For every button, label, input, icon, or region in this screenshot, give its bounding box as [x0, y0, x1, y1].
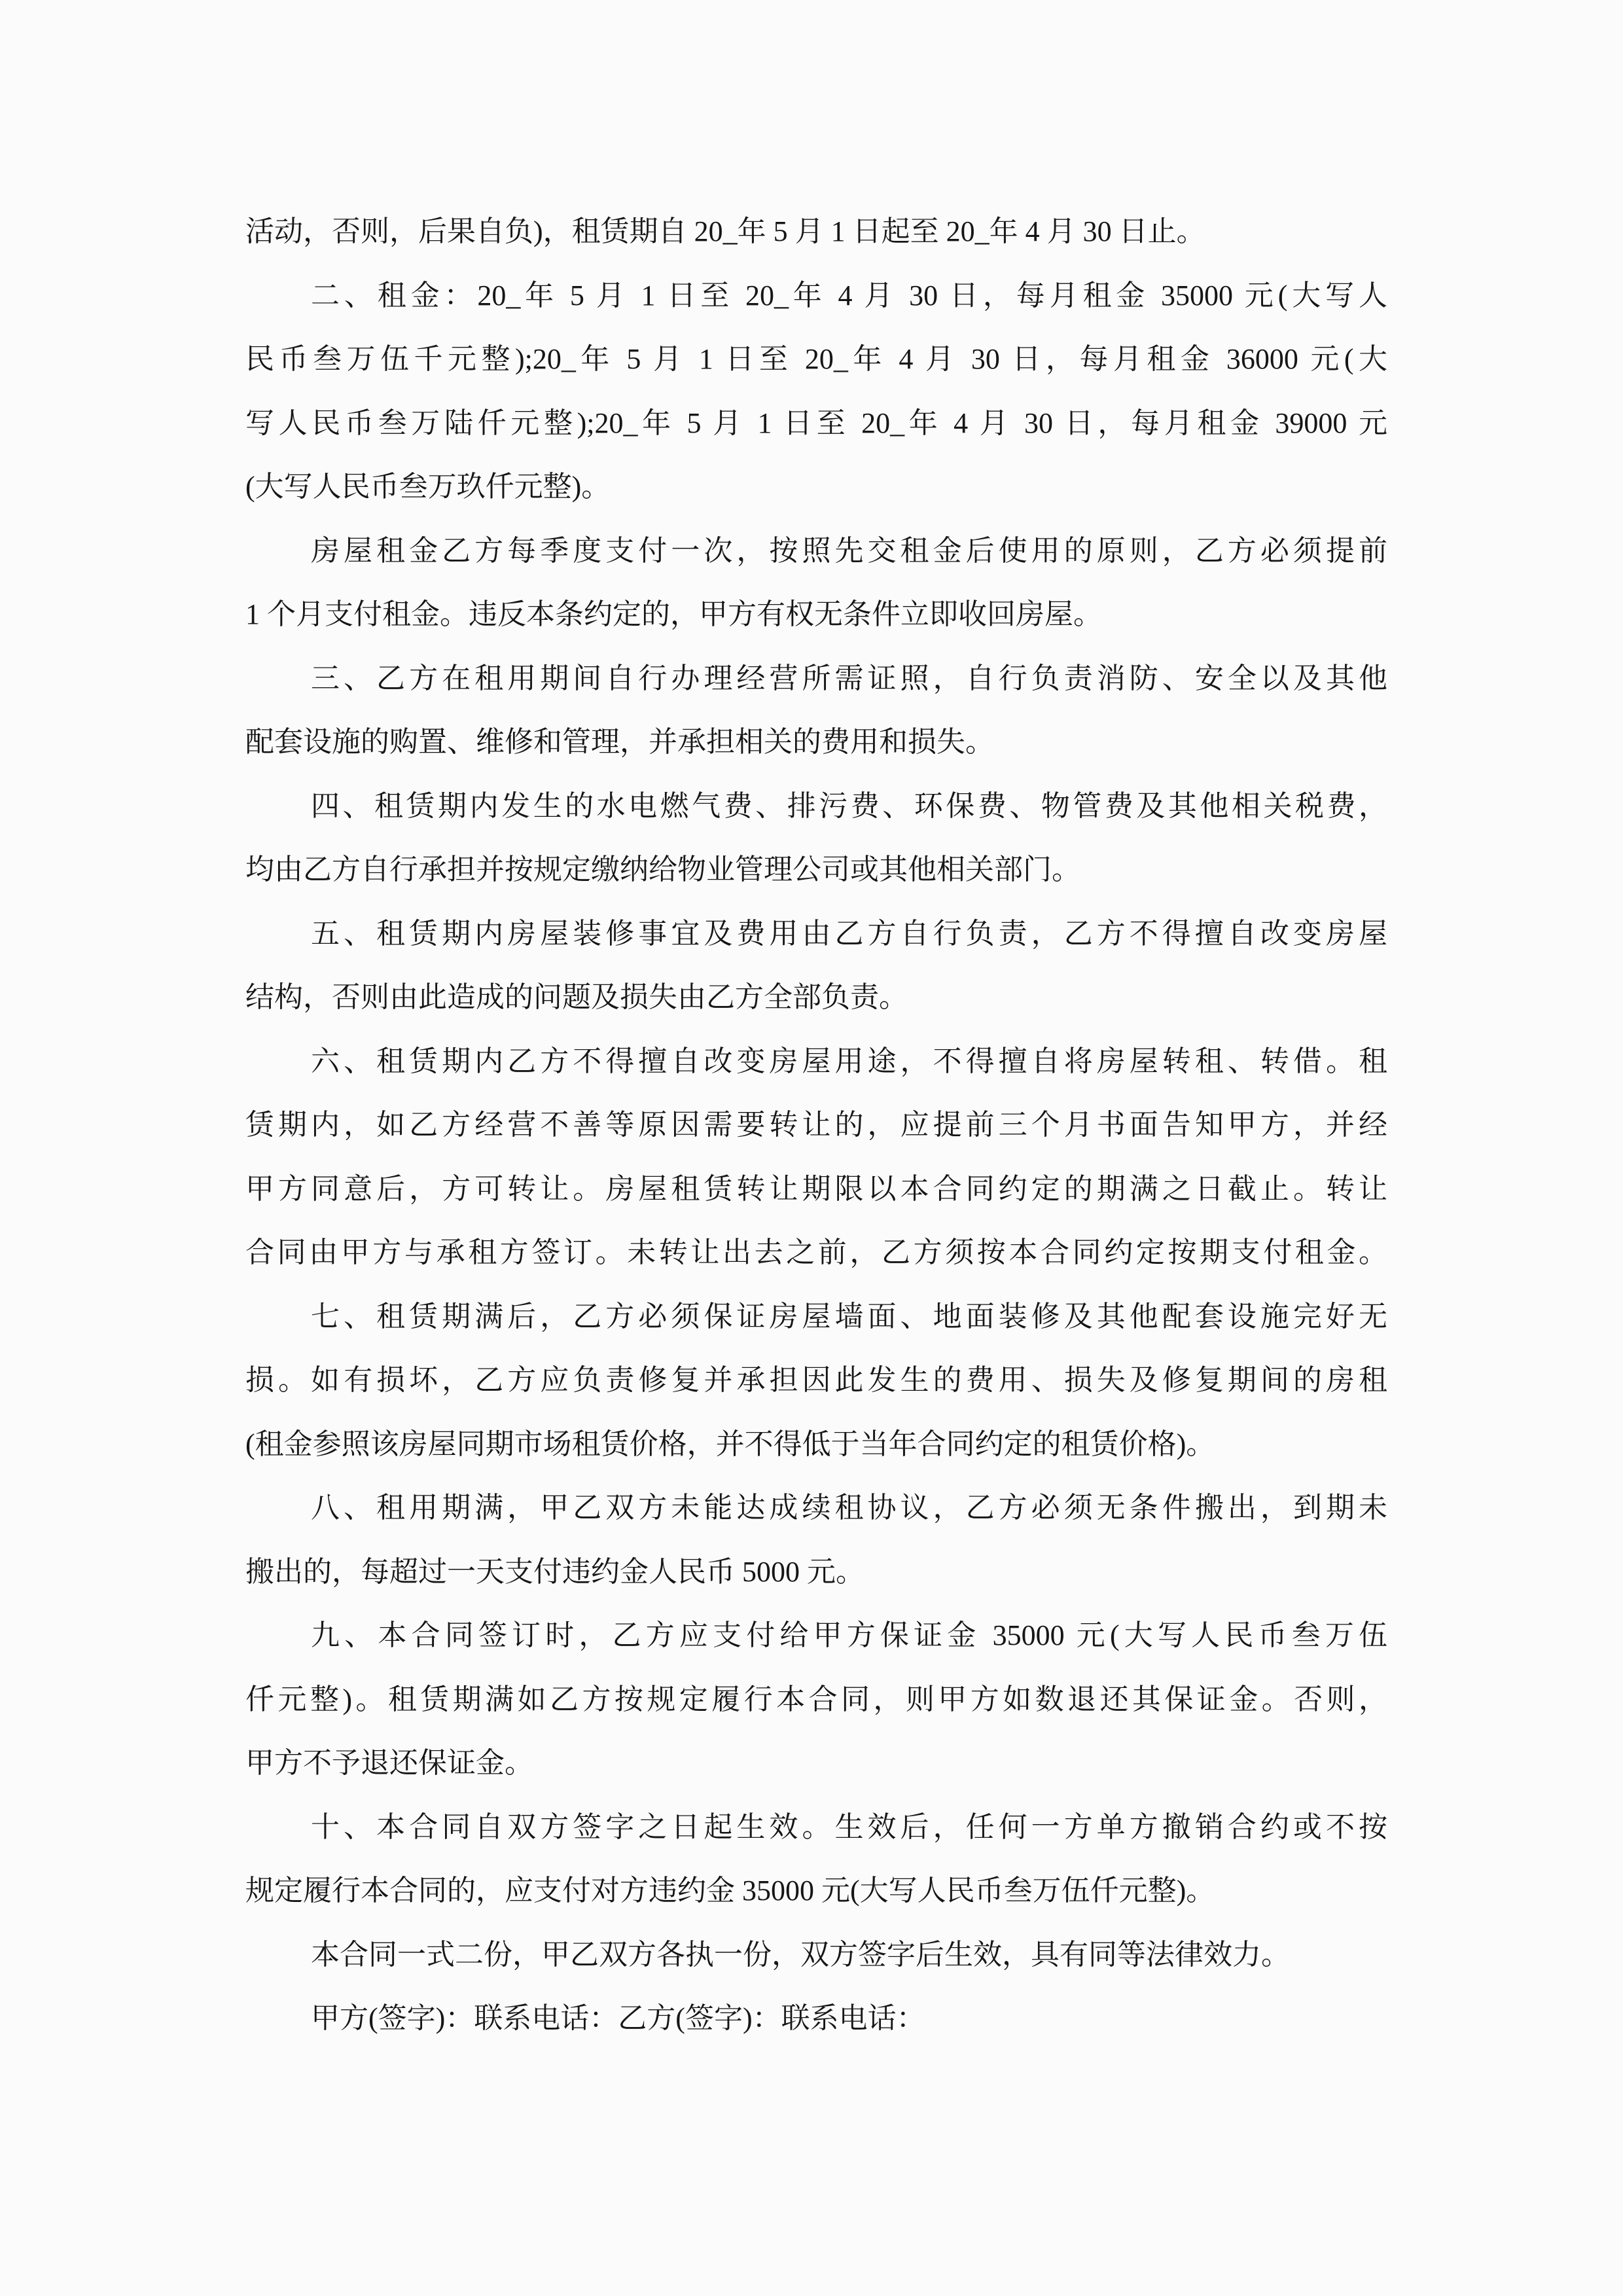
contract-line: 甲方同意后，方可转让。房屋租赁转让期限以本合同约定的期满之日截止。转让: [245, 1157, 1387, 1221]
contract-line: 民币叁万伍千元整);20_年 5 月 1 日至 20_年 4 月 30 日，每月…: [245, 327, 1387, 391]
contract-line: 三、乙方在租用期间自行办理经营所需证照，自行负责消防、安全以及其他: [245, 647, 1387, 711]
contract-page: 活动，否则，后果自负)，租赁期自 20_年 5 月 1 日起至 20_年 4 月…: [0, 0, 1623, 2296]
contract-line: 六、租赁期内乙方不得擅自改变房屋用途，不得擅自将房屋转租、转借。租: [245, 1030, 1387, 1094]
contract-body: 活动，否则，后果自负)，租赁期自 20_年 5 月 1 日起至 20_年 4 月…: [245, 200, 1387, 2051]
contract-line: 本合同一式二份，甲乙双方各执一份，双方签字后生效，具有同等法律效力。: [245, 1923, 1387, 1987]
contract-line: 损。如有损坏，乙方应负责修复并承担因此发生的费用、损失及修复期间的房租: [245, 1348, 1387, 1412]
contract-line: 赁期内，如乙方经营不善等原因需要转让的，应提前三个月书面告知甲方，并经: [245, 1093, 1387, 1157]
contract-line: 九、本合同签订时，乙方应支付给甲方保证金 35000 元(大写人民币叁万伍: [245, 1604, 1387, 1668]
contract-line: 四、租赁期内发生的水电燃气费、排污费、环保费、物管费及其他相关税费，: [245, 774, 1387, 838]
contract-line: 仟元整)。租赁期满如乙方按规定履行本合同，则甲方如数退还其保证金。否则，: [245, 1668, 1387, 1732]
contract-line: 写人民币叁万陆仟元整);20_年 5 月 1 日至 20_年 4 月 30 日，…: [245, 391, 1387, 456]
contract-line: 1 个月支付租金。违反本条约定的，甲方有权无条件立即收回房屋。: [245, 583, 1387, 647]
contract-line: 七、租赁期满后，乙方必须保证房屋墙面、地面装修及其他配套设施完好无: [245, 1285, 1387, 1349]
contract-line: 二、租金：20_年 5 月 1 日至 20_年 4 月 30 日，每月租金 35…: [245, 264, 1387, 328]
contract-line: 规定履行本合同的，应支付对方违约金 35000 元(大写人民币叁万伍仟元整)。: [245, 1859, 1387, 1923]
contract-line: 甲方(签字)：联系电话：乙方(签字)：联系电话：: [245, 1986, 1387, 2051]
contract-line: 活动，否则，后果自负)，租赁期自 20_年 5 月 1 日起至 20_年 4 月…: [245, 200, 1387, 264]
contract-line: 十、本合同自双方签字之日起生效。生效后，任何一方单方撤销合约或不按: [245, 1795, 1387, 1859]
contract-line: 房屋租金乙方每季度支付一次，按照先交租金后使用的原则，乙方必须提前: [245, 519, 1387, 583]
contract-line: 搬出的，每超过一天支付违约金人民币 5000 元。: [245, 1540, 1387, 1604]
contract-line: 均由乙方自行承担并按规定缴纳给物业管理公司或其他相关部门。: [245, 838, 1387, 902]
contract-line: 五、租赁期内房屋装修事宜及费用由乙方自行负责，乙方不得擅自改变房屋: [245, 902, 1387, 966]
contract-line: (大写人民币叁万玖仟元整)。: [245, 455, 1387, 519]
contract-line: 八、租用期满，甲乙双方未能达成续租协议，乙方必须无条件搬出，到期未: [245, 1476, 1387, 1540]
contract-line: (租金参照该房屋同期市场租赁价格，并不得低于当年合同约定的租赁价格)。: [245, 1412, 1387, 1477]
contract-line: 甲方不予退还保证金。: [245, 1731, 1387, 1795]
contract-line: 结构，否则由此造成的问题及损失由乙方全部负责。: [245, 965, 1387, 1030]
contract-line: 配套设施的购置、维修和管理，并承担相关的费用和损失。: [245, 710, 1387, 774]
contract-line: 合同由甲方与承租方签订。未转让出去之前，乙方须按本合同约定按期支付租金。: [245, 1221, 1387, 1285]
